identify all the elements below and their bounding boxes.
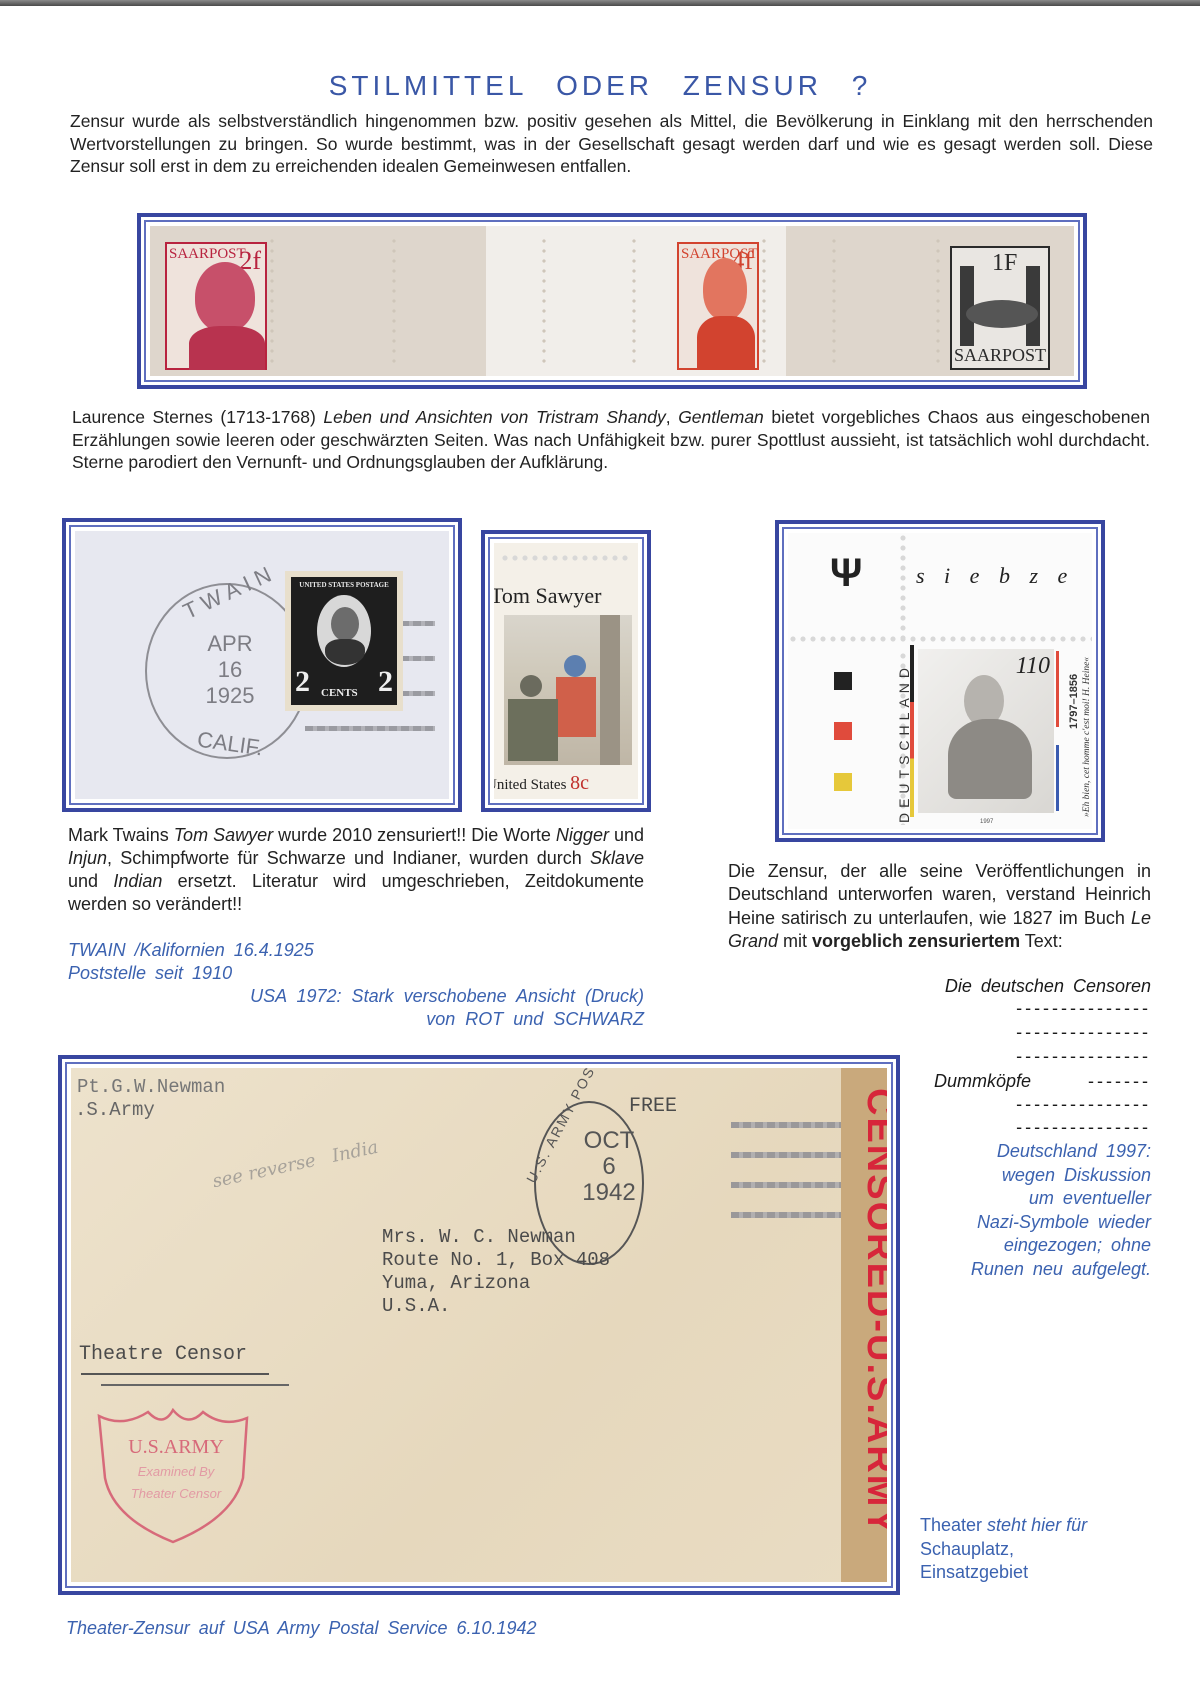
twain-cover-mount: TWAIN APR 16 1925 CALIF. UNITED STATES P… — [62, 518, 462, 812]
address-line-2: Route No. 1, Box 408 — [382, 1249, 610, 1271]
color-square-red — [834, 722, 852, 740]
color-square-yellow — [834, 773, 852, 791]
sterne-paragraph: Laurence Sternes (1713-1768) Leben und A… — [72, 406, 1150, 474]
saar-stamp-2f: SAARPOST 2f — [165, 242, 267, 370]
censored-line-2: --------------- — [900, 1022, 1151, 1043]
color-square-black — [834, 672, 852, 690]
harding-2c-stamp: UNITED STATES POSTAGE 2 2 CENTS — [285, 571, 403, 711]
sender-line-1: Pt.G.W.Newman — [77, 1076, 225, 1098]
heine-paragraph: Die Zensur, der alle seine Veröffentlich… — [728, 860, 1151, 953]
scan-edge — [0, 0, 1200, 6]
cover-caption: Theater-Zensur auf USA Army Postal Servi… — [66, 1618, 537, 1639]
censor-heading: Die deutschen Censoren — [840, 976, 1151, 997]
saar-strip-mount: SAARPOST 2f SAARPOST 4f 1F SAARPOST — [137, 213, 1087, 389]
sawyer-stamp-mount: Tom Sawyer United States 8c — [481, 530, 651, 812]
handwritten-note: see reverse India — [211, 1137, 380, 1193]
twain-note-office: Poststelle seit 1910 — [68, 963, 232, 984]
heine-block-mount: Ψ s i e b z e DEUTSCHLAND 110 »Eh bien, … — [775, 520, 1105, 842]
twain-note-postmark: TWAIN /Kalifornien 16.4.1925 — [68, 940, 314, 961]
censored-line-6: --------------- — [900, 1117, 1151, 1138]
dummkoepfe-word: Dummköpfe — [934, 1071, 1031, 1092]
censored-line-1: --------------- — [900, 998, 1151, 1019]
heine-note: Deutschland 1997: wegen Diskussion um ev… — [900, 1140, 1151, 1281]
theater-note: Theater steht hier für Schauplatz, Einsa… — [920, 1514, 1087, 1585]
stamp-label: SAARPOST — [681, 248, 693, 261]
tom-sawyer-stamp: Tom Sawyer United States 8c — [494, 543, 638, 799]
page-title: STILMITTEL ODER ZENSUR ? — [0, 70, 1200, 102]
censored-line-4: ------- — [1050, 1071, 1151, 1092]
sender-line-2: .S.Army — [75, 1099, 155, 1121]
handshake-icon — [966, 300, 1038, 328]
stamp-value: 1F — [992, 250, 1017, 277]
book-title: Leben und Ansichten von Tristram Shandy — [323, 407, 665, 427]
twain-paragraph: Mark Twains Tom Sawyer wurde 2010 zensur… — [68, 824, 644, 916]
saar-stamp-1f: 1F SAARPOST — [950, 246, 1050, 370]
miner-portrait — [195, 262, 255, 332]
censored-line-5: --------------- — [900, 1094, 1151, 1115]
heine-stamp-block: Ψ s i e b z e DEUTSCHLAND 110 »Eh bien, … — [788, 533, 1092, 829]
address-line-1: Mrs. W. C. Newman — [382, 1226, 576, 1248]
army-censored-cover: Pt.G.W.Newman .S.Army see reverse India … — [71, 1068, 887, 1582]
woman-portrait — [703, 258, 747, 320]
address-line-3: Yuma, Arizona — [382, 1272, 530, 1294]
censored-line-3: --------------- — [900, 1046, 1151, 1067]
rune-icon: Ψ — [830, 551, 862, 596]
intro-paragraph: Zensur wurde als selbstverständlich hing… — [70, 110, 1153, 178]
heine-stamp: DEUTSCHLAND 110 »Eh bien, cet homme c'es… — [910, 645, 1092, 825]
stamp-label: SAARPOST — [952, 345, 1048, 366]
fence-painting-illustration — [504, 615, 632, 765]
theatre-censor-typed: Theatre Censor — [79, 1344, 247, 1366]
stamp-label: SAARPOST — [169, 248, 181, 261]
twain-cover-piece: TWAIN APR 16 1925 CALIF. UNITED STATES P… — [75, 531, 449, 799]
army-cover-mount: Pt.G.W.Newman .S.Army see reverse India … — [58, 1055, 900, 1595]
sawyer-note-1: USA 1972: Stark verschobene Ansicht (Dru… — [160, 986, 644, 1007]
censored-us-army-text: CENSORED-U.S.ARMY — [858, 1088, 887, 1536]
harding-portrait — [317, 595, 371, 667]
country-label: DEUTSCHLAND — [896, 653, 912, 829]
saar-stamp-4f: SAARPOST 4f — [677, 242, 759, 370]
stamp-value: 110 — [1016, 653, 1050, 680]
saar-strip: SAARPOST 2f SAARPOST 4f 1F SAARPOST — [150, 226, 1074, 376]
address-line-4: U.S.A. — [382, 1295, 450, 1317]
sawyer-note-2: von ROT und SCHWARZ — [160, 1009, 644, 1030]
heine-portrait: 110 — [918, 649, 1054, 813]
margin-text: s i e b z e — [916, 563, 1067, 589]
